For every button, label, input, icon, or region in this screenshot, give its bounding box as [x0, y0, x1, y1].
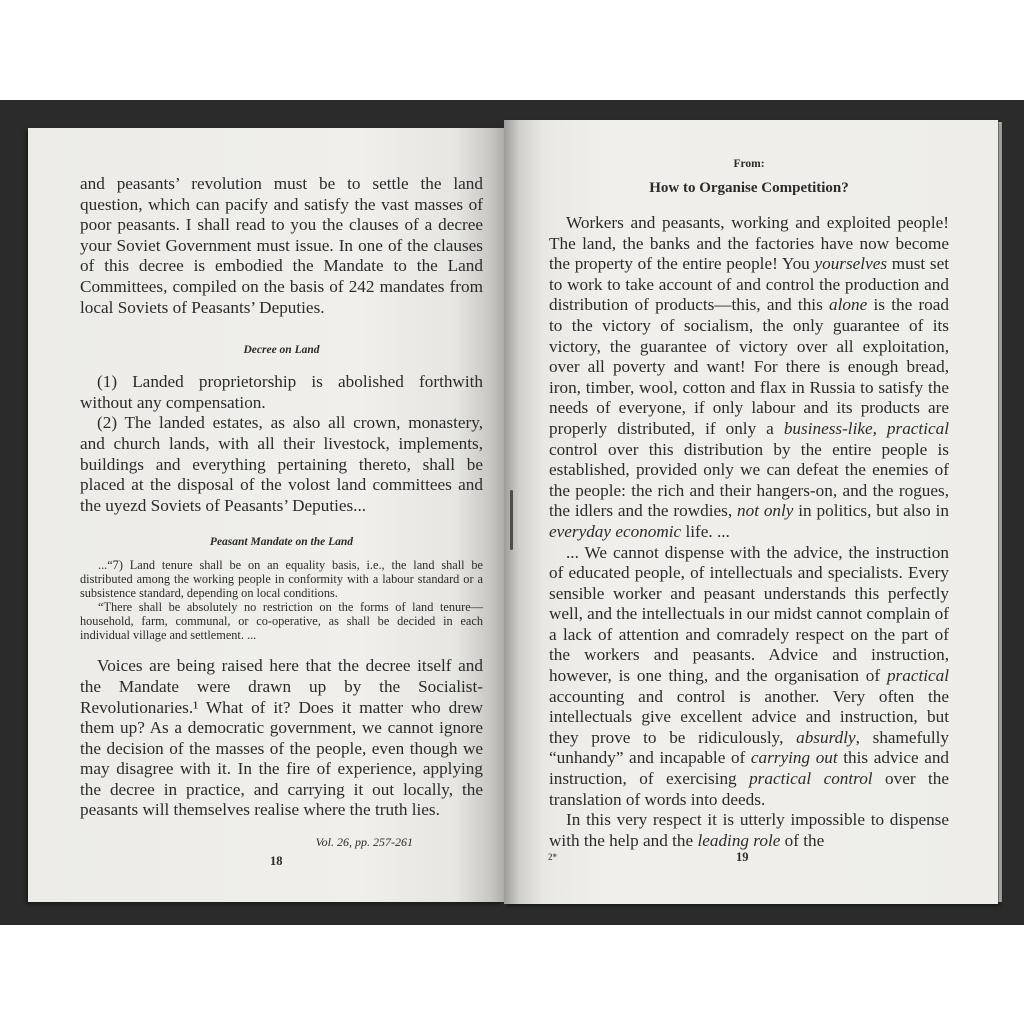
emphasis: yourselves: [814, 254, 887, 273]
decree-clause-1: (1) Landed proprietorship is abolished f…: [80, 372, 483, 413]
source-reference: Vol. 26, pp. 257-261: [80, 835, 483, 850]
page-number-right: 19: [736, 850, 749, 865]
closing-paragraph: Voices are being raised here that the de…: [80, 656, 483, 821]
emphasis: absurdly: [796, 728, 856, 747]
emphasis: everyday economic: [549, 522, 681, 541]
opening-paragraph: and peasants’ revolution must be to sett…: [80, 174, 483, 318]
paragraph-2: ... We cannot dispense with the advice, …: [549, 543, 949, 811]
signature-mark: 2*: [548, 852, 557, 862]
paragraph-1: Workers and peasants, working and exploi…: [549, 213, 949, 543]
left-page-text-column: and peasants’ revolution must be to sett…: [80, 174, 483, 850]
mandate-title: Peasant Mandate on the Land: [80, 536, 483, 548]
emphasis: practical control: [749, 769, 873, 788]
emphasis: business-like, practical: [784, 419, 949, 438]
right-page: From: How to Organise Competition? Worke…: [504, 120, 998, 904]
decree-clause-2: (2) The landed estates, as also all crow…: [80, 413, 483, 516]
emphasis: not only: [737, 501, 793, 520]
mandate-paragraph-2: “There shall be absolutely no restrictio…: [80, 600, 483, 642]
from-label: From:: [549, 158, 949, 170]
chapter-title: How to Organise Competition?: [549, 180, 949, 197]
emphasis: leading role: [697, 831, 780, 850]
right-page-text-column: From: How to Organise Competition? Worke…: [549, 170, 949, 851]
emphasis: alone: [829, 295, 867, 314]
binding-thread: [510, 490, 513, 550]
emphasis: carrying out: [751, 748, 838, 767]
page-number-left: 18: [270, 854, 283, 869]
mandate-paragraph-1: ...“7) Land tenure shall be on an equali…: [80, 558, 483, 600]
paragraph-3: In this very respect it is utterly impos…: [549, 810, 949, 851]
left-page: and peasants’ revolution must be to sett…: [28, 128, 504, 902]
emphasis: practical: [887, 666, 949, 685]
decree-title: Decree on Land: [80, 344, 483, 356]
